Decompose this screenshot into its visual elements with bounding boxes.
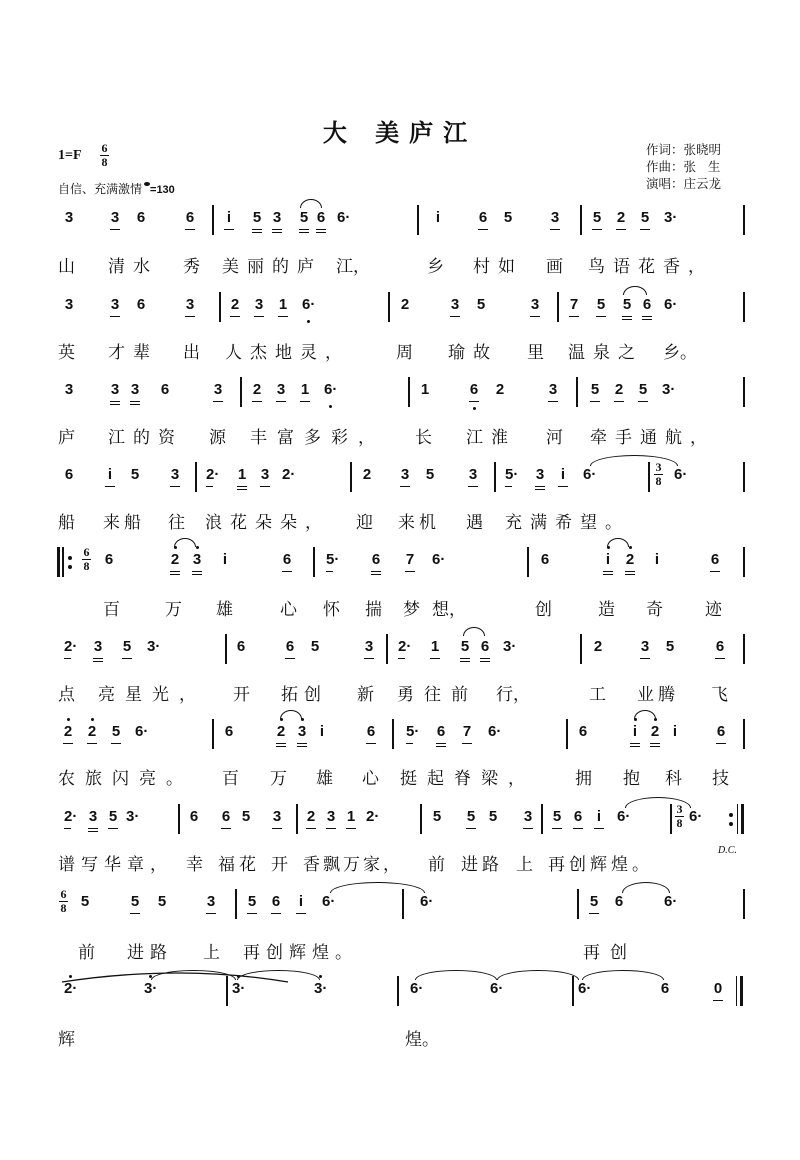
lyric: 村如 <box>473 257 523 277</box>
note: i <box>558 466 568 484</box>
note: i <box>317 723 327 741</box>
barline <box>397 976 399 1006</box>
note: 6· <box>583 466 596 484</box>
slur <box>623 286 647 295</box>
note: 6· <box>322 893 335 911</box>
note: 6 <box>436 723 446 741</box>
lyric: 拥 <box>575 769 592 789</box>
note: 5 <box>130 466 140 484</box>
barline <box>576 377 578 407</box>
note: 6· <box>324 381 337 399</box>
lyric: 工 <box>589 685 606 705</box>
note: 2· <box>282 466 295 484</box>
note: 6 <box>160 381 170 399</box>
note: 3· <box>314 980 327 998</box>
barline <box>178 804 180 834</box>
note: 6 <box>221 808 231 826</box>
note: 6 <box>660 980 670 998</box>
note: 2· <box>398 638 411 656</box>
note: 6 <box>614 893 624 911</box>
note: 3 <box>364 638 374 656</box>
lyric: 福花 <box>218 855 260 875</box>
note: 6 <box>366 723 376 741</box>
note: 6· <box>420 893 433 911</box>
note: 7 <box>569 296 579 314</box>
time-signature-change: 68 <box>59 889 68 914</box>
note: 2 <box>230 296 240 314</box>
note: 6 <box>64 466 74 484</box>
ts-bottom: 8 <box>84 561 90 572</box>
note: 3 <box>206 893 216 911</box>
note: 2 <box>400 296 410 314</box>
note: 6 <box>136 296 146 314</box>
note: 2 <box>593 638 603 656</box>
note: 2 <box>625 551 635 569</box>
lyric: 再创辉煌。 <box>548 855 653 875</box>
note: 3 <box>297 723 307 741</box>
note: 5 <box>80 893 90 911</box>
barline <box>566 719 568 749</box>
lyric: 河 <box>546 428 563 448</box>
barline <box>240 377 242 407</box>
note: 7 <box>462 723 472 741</box>
barline <box>557 292 559 322</box>
note: 3· <box>232 980 245 998</box>
note: 3 <box>550 209 560 227</box>
notation-row-1: 3 3 6 6 i 5 3 5 6 6· i 6 5 3 5 2 5 3· <box>0 209 800 239</box>
lyric: 源 <box>209 428 226 448</box>
note: 6 <box>642 296 652 314</box>
lyric: 长 <box>415 428 432 448</box>
lyrics-row-8: 谱写华章， 幸 福花 开 香飘万家， 前 进路 上 再创辉煌。 <box>0 855 800 885</box>
note: 3 <box>64 296 74 314</box>
note: i <box>594 808 604 826</box>
note: i <box>670 723 680 741</box>
note: 3 <box>326 808 336 826</box>
lyric: 煌。 <box>405 1030 439 1050</box>
note: 6 <box>710 551 720 569</box>
notation-row-5: 68 6 2 3 i 6 5· 6 7 6· 6 i 2 i 6 <box>0 551 800 581</box>
barline <box>212 719 214 749</box>
lyric: 秀 <box>183 257 200 277</box>
time-signature: 68 <box>100 143 109 168</box>
note: 5 <box>476 296 486 314</box>
time-signature-change: 38 <box>675 804 684 829</box>
note: 3 <box>640 638 650 656</box>
lyric: 雄 <box>216 600 233 620</box>
lyric: 乡 <box>427 257 444 277</box>
note: 6· <box>337 209 350 227</box>
note: 5 <box>665 638 675 656</box>
barline <box>386 634 388 664</box>
lyric: 心 <box>362 769 379 789</box>
note: 6· <box>410 980 423 998</box>
note: 6· <box>578 980 591 998</box>
lyric: 英 <box>58 343 75 363</box>
barline <box>743 634 745 664</box>
lyric: 百 <box>222 769 239 789</box>
note: 5 <box>432 808 442 826</box>
barline <box>527 547 529 577</box>
note: 5 <box>596 296 606 314</box>
note: 6 <box>540 551 550 569</box>
ts-bottom: 8 <box>677 818 683 829</box>
lyric: 江， <box>336 257 370 277</box>
note: 5 <box>552 808 562 826</box>
note: 6 <box>285 638 295 656</box>
ts-top: 6 <box>84 547 90 558</box>
notation-row-6: 2· 3 5 3· 6 6 5 3 2· 1 5 6 3· 2 3 5 6 <box>0 638 800 668</box>
note: 5 <box>111 723 121 741</box>
note: 6 <box>185 209 195 227</box>
lyric: 揣 <box>365 600 382 620</box>
barline <box>743 462 745 492</box>
lyric: 周 <box>396 343 413 363</box>
barline <box>235 889 237 919</box>
lyric: 辉 <box>58 1030 75 1050</box>
note: 5 <box>108 808 118 826</box>
note: 5 <box>122 638 132 656</box>
lyric: 农旅闪亮。 <box>58 769 193 789</box>
barline <box>225 634 227 664</box>
barline <box>743 292 745 322</box>
barline <box>743 719 745 749</box>
lyric: 百 <box>103 600 120 620</box>
lyric: 奇 <box>646 600 663 620</box>
ts-bottom: 8 <box>61 903 67 914</box>
barline <box>541 804 543 834</box>
ts-top: 6 <box>102 143 108 154</box>
lyric: 瑜故 <box>448 343 498 363</box>
lyrics-row-6: 点 亮星光， 开 拓创 新 勇往前 行， 工 业腾 飞 <box>0 685 800 715</box>
note: 6· <box>488 723 501 741</box>
note: 3 <box>64 381 74 399</box>
lyrics-row-1: 山 清水 秀 美丽的庐 江， 乡 村如 画 鸟语花香， <box>0 257 800 287</box>
note: 6 <box>469 381 479 399</box>
note: 1 <box>346 808 356 826</box>
note: 5 <box>589 893 599 911</box>
note: 3· <box>126 808 139 826</box>
lyric: 迎 <box>356 513 373 533</box>
note: i <box>224 209 234 227</box>
repeat-end-barline <box>737 804 744 834</box>
lyric: 牵手通航， <box>590 428 715 448</box>
note: 2· <box>366 808 379 826</box>
note: 1 <box>237 466 247 484</box>
lyric: 飞 <box>711 685 728 705</box>
notation-row-8: 2· 3 5 3· 6 6 5 3 2 3 1 2· 5 5 5 3 5 6 i… <box>0 808 800 838</box>
lyric: 丰富多彩， <box>250 428 385 448</box>
lyric: 勇往前 <box>397 685 478 705</box>
note: 2 <box>614 381 624 399</box>
note: i <box>652 551 662 569</box>
barline <box>296 804 298 834</box>
lyrics-row-5: 百 万 雄 心 怀 揣 梦 想， 创 造 奇 迹 <box>0 600 800 630</box>
note: 3 <box>535 466 545 484</box>
note: 3 <box>400 466 410 484</box>
note: 5· <box>406 723 419 741</box>
lyric: 万 <box>165 600 182 620</box>
credits: 作词：张晓明 作曲：张 生 演唱：庄云龙 <box>646 141 721 192</box>
barline <box>226 976 228 1006</box>
barline <box>577 889 579 919</box>
note: 2· <box>64 638 77 656</box>
note: 6 <box>224 723 234 741</box>
note: 3· <box>664 209 677 227</box>
note: 2 <box>495 381 505 399</box>
note: 3· <box>662 381 675 399</box>
note: 3 <box>110 209 120 227</box>
note: 3 <box>185 296 195 314</box>
lyric: 人杰地灵， <box>225 343 350 363</box>
barline <box>388 292 390 322</box>
note: 3· <box>503 638 516 656</box>
lyric: 里 <box>527 343 544 363</box>
lyric: 技 <box>712 769 729 789</box>
note: 1 <box>420 381 430 399</box>
lyric: 雄 <box>316 769 333 789</box>
barline <box>743 377 745 407</box>
note: 3 <box>170 466 180 484</box>
lyric: 万 <box>270 769 287 789</box>
note: 5 <box>460 638 470 656</box>
barline <box>195 462 197 492</box>
lyric: 挺起脊梁， <box>400 769 535 789</box>
note: 5 <box>247 893 257 911</box>
key-signature: 1=F <box>58 148 82 164</box>
note: 3 <box>272 808 282 826</box>
note: 3 <box>548 381 558 399</box>
lyric: 创 <box>535 600 552 620</box>
note: 6 <box>716 723 726 741</box>
note: 6· <box>689 808 702 826</box>
lyric: 温泉之 <box>568 343 643 363</box>
note: 5 <box>425 466 435 484</box>
slur <box>300 199 322 208</box>
barline <box>494 462 496 492</box>
note: 5 <box>592 209 602 227</box>
note: 7 <box>405 551 415 569</box>
note: 6 <box>104 551 114 569</box>
lyrics-row-3: 庐 江的资 源 丰富多彩， 长 江淮 河 牵手通航， <box>0 428 800 458</box>
barline <box>743 547 745 577</box>
note: 5 <box>640 209 650 227</box>
final-barline <box>736 976 743 1006</box>
note: 5 <box>466 808 476 826</box>
barline <box>580 634 582 664</box>
note: 3 <box>64 209 74 227</box>
lyric: 亮星光， <box>98 685 206 705</box>
lyric: 船 <box>58 513 75 533</box>
note: 6 <box>578 723 588 741</box>
note: 2· <box>64 980 77 998</box>
note: 6 <box>371 551 381 569</box>
note: 5 <box>638 381 648 399</box>
note: 6 <box>136 209 146 227</box>
note: 6· <box>302 296 315 314</box>
barline <box>420 804 422 834</box>
repeat-dots <box>729 804 733 834</box>
note: 3 <box>254 296 264 314</box>
note: 3 <box>530 296 540 314</box>
barline <box>648 462 650 492</box>
lyric: 开 <box>233 685 250 705</box>
barline <box>743 889 745 919</box>
note: i <box>220 551 230 569</box>
lyric: 行， <box>496 685 530 705</box>
composer: 作曲：张 生 <box>646 158 721 175</box>
note: 3 <box>93 638 103 656</box>
lyric: 香飘万家， <box>303 855 403 875</box>
lyric: 幸 <box>186 855 203 875</box>
note: 6· <box>432 551 445 569</box>
note: 6 <box>316 209 326 227</box>
lyric: 再创 <box>583 943 637 963</box>
note: 3 <box>272 209 282 227</box>
note: 6 <box>189 808 199 826</box>
barline <box>402 889 404 919</box>
lyric: 遇 <box>466 513 483 533</box>
lyrics-row-10: 辉 煌。 <box>0 1030 800 1060</box>
lyric: 心 <box>280 600 297 620</box>
ts-top: 6 <box>61 889 67 900</box>
note: 2· <box>206 466 219 484</box>
lyric: 新 <box>357 685 374 705</box>
note: 3 <box>276 381 286 399</box>
lyric: 江的资 <box>108 428 183 448</box>
lyric: 科 <box>665 769 682 789</box>
lyric: 再创辉煌。 <box>243 943 358 963</box>
lyric: 上 <box>516 855 533 875</box>
barline <box>219 292 221 322</box>
notation-row-4: 6 i 5 3 2· 1 3 2· 2 3 5 3 5· 3 i 6· 38 6… <box>0 466 800 496</box>
notation-row-3: 3 3 3 6 3 2 3 1 6· 1 6 2 3 5 2 5 3· <box>0 381 800 411</box>
lyric: 前 <box>428 855 445 875</box>
note: 2 <box>616 209 626 227</box>
note: 6· <box>674 466 687 484</box>
lyric: 来船 <box>103 513 145 533</box>
note: i <box>105 466 115 484</box>
lyrics-row-7: 农旅闪亮。 百 万 雄 心 挺起脊梁， 拥 抱 科 技 <box>0 769 800 799</box>
note: 2 <box>87 723 97 741</box>
note: 2 <box>650 723 660 741</box>
lyric: 开 <box>271 855 288 875</box>
tempo-marking: 自信、充满激情 =130 <box>58 180 175 197</box>
note: 5 <box>503 209 513 227</box>
repeat-dots <box>68 547 72 577</box>
note: 5 <box>157 893 167 911</box>
note: 0 <box>713 980 723 998</box>
barline <box>417 205 419 235</box>
note: 3 <box>88 808 98 826</box>
lyric: 迹 <box>705 600 722 620</box>
lyric: 前 <box>78 943 95 963</box>
note: i <box>433 209 443 227</box>
lyric: 造 <box>598 600 615 620</box>
note: 5 <box>299 209 309 227</box>
note: 5 <box>252 209 262 227</box>
barline <box>392 719 394 749</box>
note: 6 <box>573 808 583 826</box>
barline <box>313 547 315 577</box>
note: 6· <box>664 296 677 314</box>
note: 6 <box>271 893 281 911</box>
lyric: 点 <box>58 685 85 705</box>
ts-top: 3 <box>656 462 662 473</box>
lyric: 出 <box>183 343 200 363</box>
note: 2 <box>252 381 262 399</box>
barline <box>580 205 582 235</box>
lyric: 江淮 <box>466 428 516 448</box>
lyric: 想， <box>432 600 466 620</box>
note: 6· <box>617 808 630 826</box>
lyric: 往 <box>168 513 185 533</box>
note: i <box>603 551 613 569</box>
lyric: 抱 <box>623 769 640 789</box>
lyric: 拓创 <box>281 685 327 705</box>
barline <box>350 462 352 492</box>
barline <box>743 205 745 235</box>
lyric: 进路 <box>127 943 173 963</box>
note: 6· <box>664 893 677 911</box>
note: 5 <box>590 381 600 399</box>
lyric: 鸟语花香， <box>588 257 713 277</box>
barline <box>670 804 672 834</box>
lyric: 怀 <box>323 600 340 620</box>
time-signature-change: 38 <box>654 462 663 487</box>
note: 3· <box>144 980 157 998</box>
note: 3 <box>468 466 478 484</box>
note: 5 <box>241 808 251 826</box>
barline <box>572 976 574 1006</box>
ts-bottom: 8 <box>656 476 662 487</box>
note: 6 <box>480 638 490 656</box>
lyric: 进路 <box>461 855 503 875</box>
notation-row-9: 68 5 5 5 3 5 6 i 6· 6· 5 6 6· <box>0 893 800 923</box>
note: i <box>630 723 640 741</box>
lyric: 庐 <box>58 428 75 448</box>
note: 3 <box>450 296 460 314</box>
barline <box>212 205 214 235</box>
singer: 演唱：庄云龙 <box>646 175 721 192</box>
lyric: 梦 <box>403 600 420 620</box>
note: 1 <box>300 381 310 399</box>
note: 6 <box>478 209 488 227</box>
barline <box>408 377 410 407</box>
lyric: 清水 <box>108 257 158 277</box>
quarter-note-icon <box>144 182 150 186</box>
notation-row-7: 2 2 5 6· 6 2 3 i 6 5· 6 7 6· 6 i 2 i 6 <box>0 723 800 753</box>
note: 5 <box>130 893 140 911</box>
note: 6 <box>715 638 725 656</box>
notation-row-2: 3 3 6 3 2 3 1 6· 2 3 5 3 7 5 5 6 6· <box>0 296 800 326</box>
lyric: 乡。 <box>663 343 697 363</box>
note: 6· <box>490 980 503 998</box>
lyric: 美丽的庐 <box>222 257 322 277</box>
note: 3 <box>192 551 202 569</box>
note: 3 <box>260 466 270 484</box>
note: 3 <box>110 381 120 399</box>
lyric: 业腾 <box>637 685 679 705</box>
notation-row-10: 2· 3· 3· 3· 6· 6· 6· 6 0 <box>0 980 800 1010</box>
note: 3 <box>523 808 533 826</box>
note: 5· <box>505 466 518 484</box>
note: 2· <box>64 808 77 826</box>
note: 2 <box>362 466 372 484</box>
lyricist: 作词：张晓明 <box>646 141 721 158</box>
ts-top: 3 <box>677 804 683 815</box>
note: 5· <box>326 551 339 569</box>
